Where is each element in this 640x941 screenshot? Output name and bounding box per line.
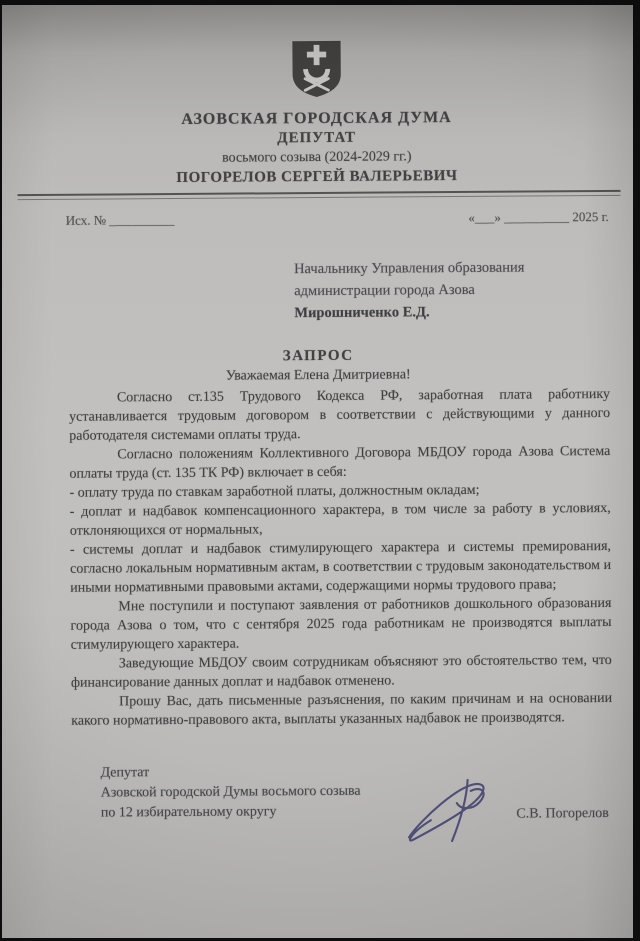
addressee-line: администрации города Азова bbox=[294, 278, 633, 302]
body-paragraph: - доплат и надбавок компенсационного хар… bbox=[70, 499, 611, 541]
date-field: «___» __________ 2025 г. bbox=[468, 209, 608, 226]
deputy-full-name: ПОГОРЕЛОВ СЕРГЕЙ ВАЛЕРЬЕВИЧ bbox=[2, 167, 632, 188]
addressee-line: Начальнику Управления образования bbox=[294, 256, 633, 280]
body-paragraph: - системы доплат и надбавок стимулирующе… bbox=[70, 537, 611, 598]
body-paragraph: Заведующие МБДОУ своим сотрудникам объяс… bbox=[71, 651, 612, 693]
document-title: ЗАПРОС bbox=[3, 346, 633, 367]
body-paragraphs: Согласно ст.135 Трудового Кодекса РФ, за… bbox=[3, 385, 633, 731]
letter-content: АЗОВСКАЯ ГОРОДСКАЯ ДУМА ДЕПУТАТ восьмого… bbox=[2, 5, 633, 864]
addressee-block: Начальнику Управления образования админи… bbox=[294, 256, 633, 324]
body-paragraph: Мне поступили и поступают заявления от р… bbox=[70, 594, 611, 655]
reference-line: Исх. № __________ «___» __________ 2025 … bbox=[2, 209, 633, 229]
azov-coat-of-arms-icon bbox=[289, 39, 343, 104]
addressee-name: Мирошниченко Е.Д. bbox=[294, 300, 633, 324]
convocation-line: восьмого созыва (2024-2029 гг.) bbox=[2, 148, 632, 168]
organization-name: АЗОВСКАЯ ГОРОДСКАЯ ДУМА bbox=[2, 108, 632, 130]
body-paragraph: Согласно ст.135 Трудового Кодекса РФ, за… bbox=[69, 385, 610, 446]
signer-name: С.В. Погорелов bbox=[516, 804, 609, 825]
signature-block: Депутат Азовской городской Думы восьмого… bbox=[100, 760, 609, 864]
document-photo: АЗОВСКАЯ ГОРОДСКАЯ ДУМА ДЕПУТАТ восьмого… bbox=[0, 0, 640, 941]
salutation: Уважаемая Елена Дмитриевна! bbox=[3, 366, 633, 386]
letter-page: АЗОВСКАЯ ГОРОДСКАЯ ДУМА ДЕПУТАТ восьмого… bbox=[2, 5, 633, 938]
body-paragraph: Прошу Вас, дать письменные разъяснения, … bbox=[71, 689, 612, 731]
letterhead bbox=[2, 5, 632, 106]
body-paragraph: Согласно положениям Коллективного Догово… bbox=[69, 442, 610, 484]
handwritten-signature-icon bbox=[401, 775, 511, 848]
deputy-role: ДЕПУТАТ bbox=[2, 128, 632, 149]
letterhead-divider bbox=[18, 190, 621, 200]
outgoing-number-field: Исх. № __________ bbox=[66, 212, 175, 229]
